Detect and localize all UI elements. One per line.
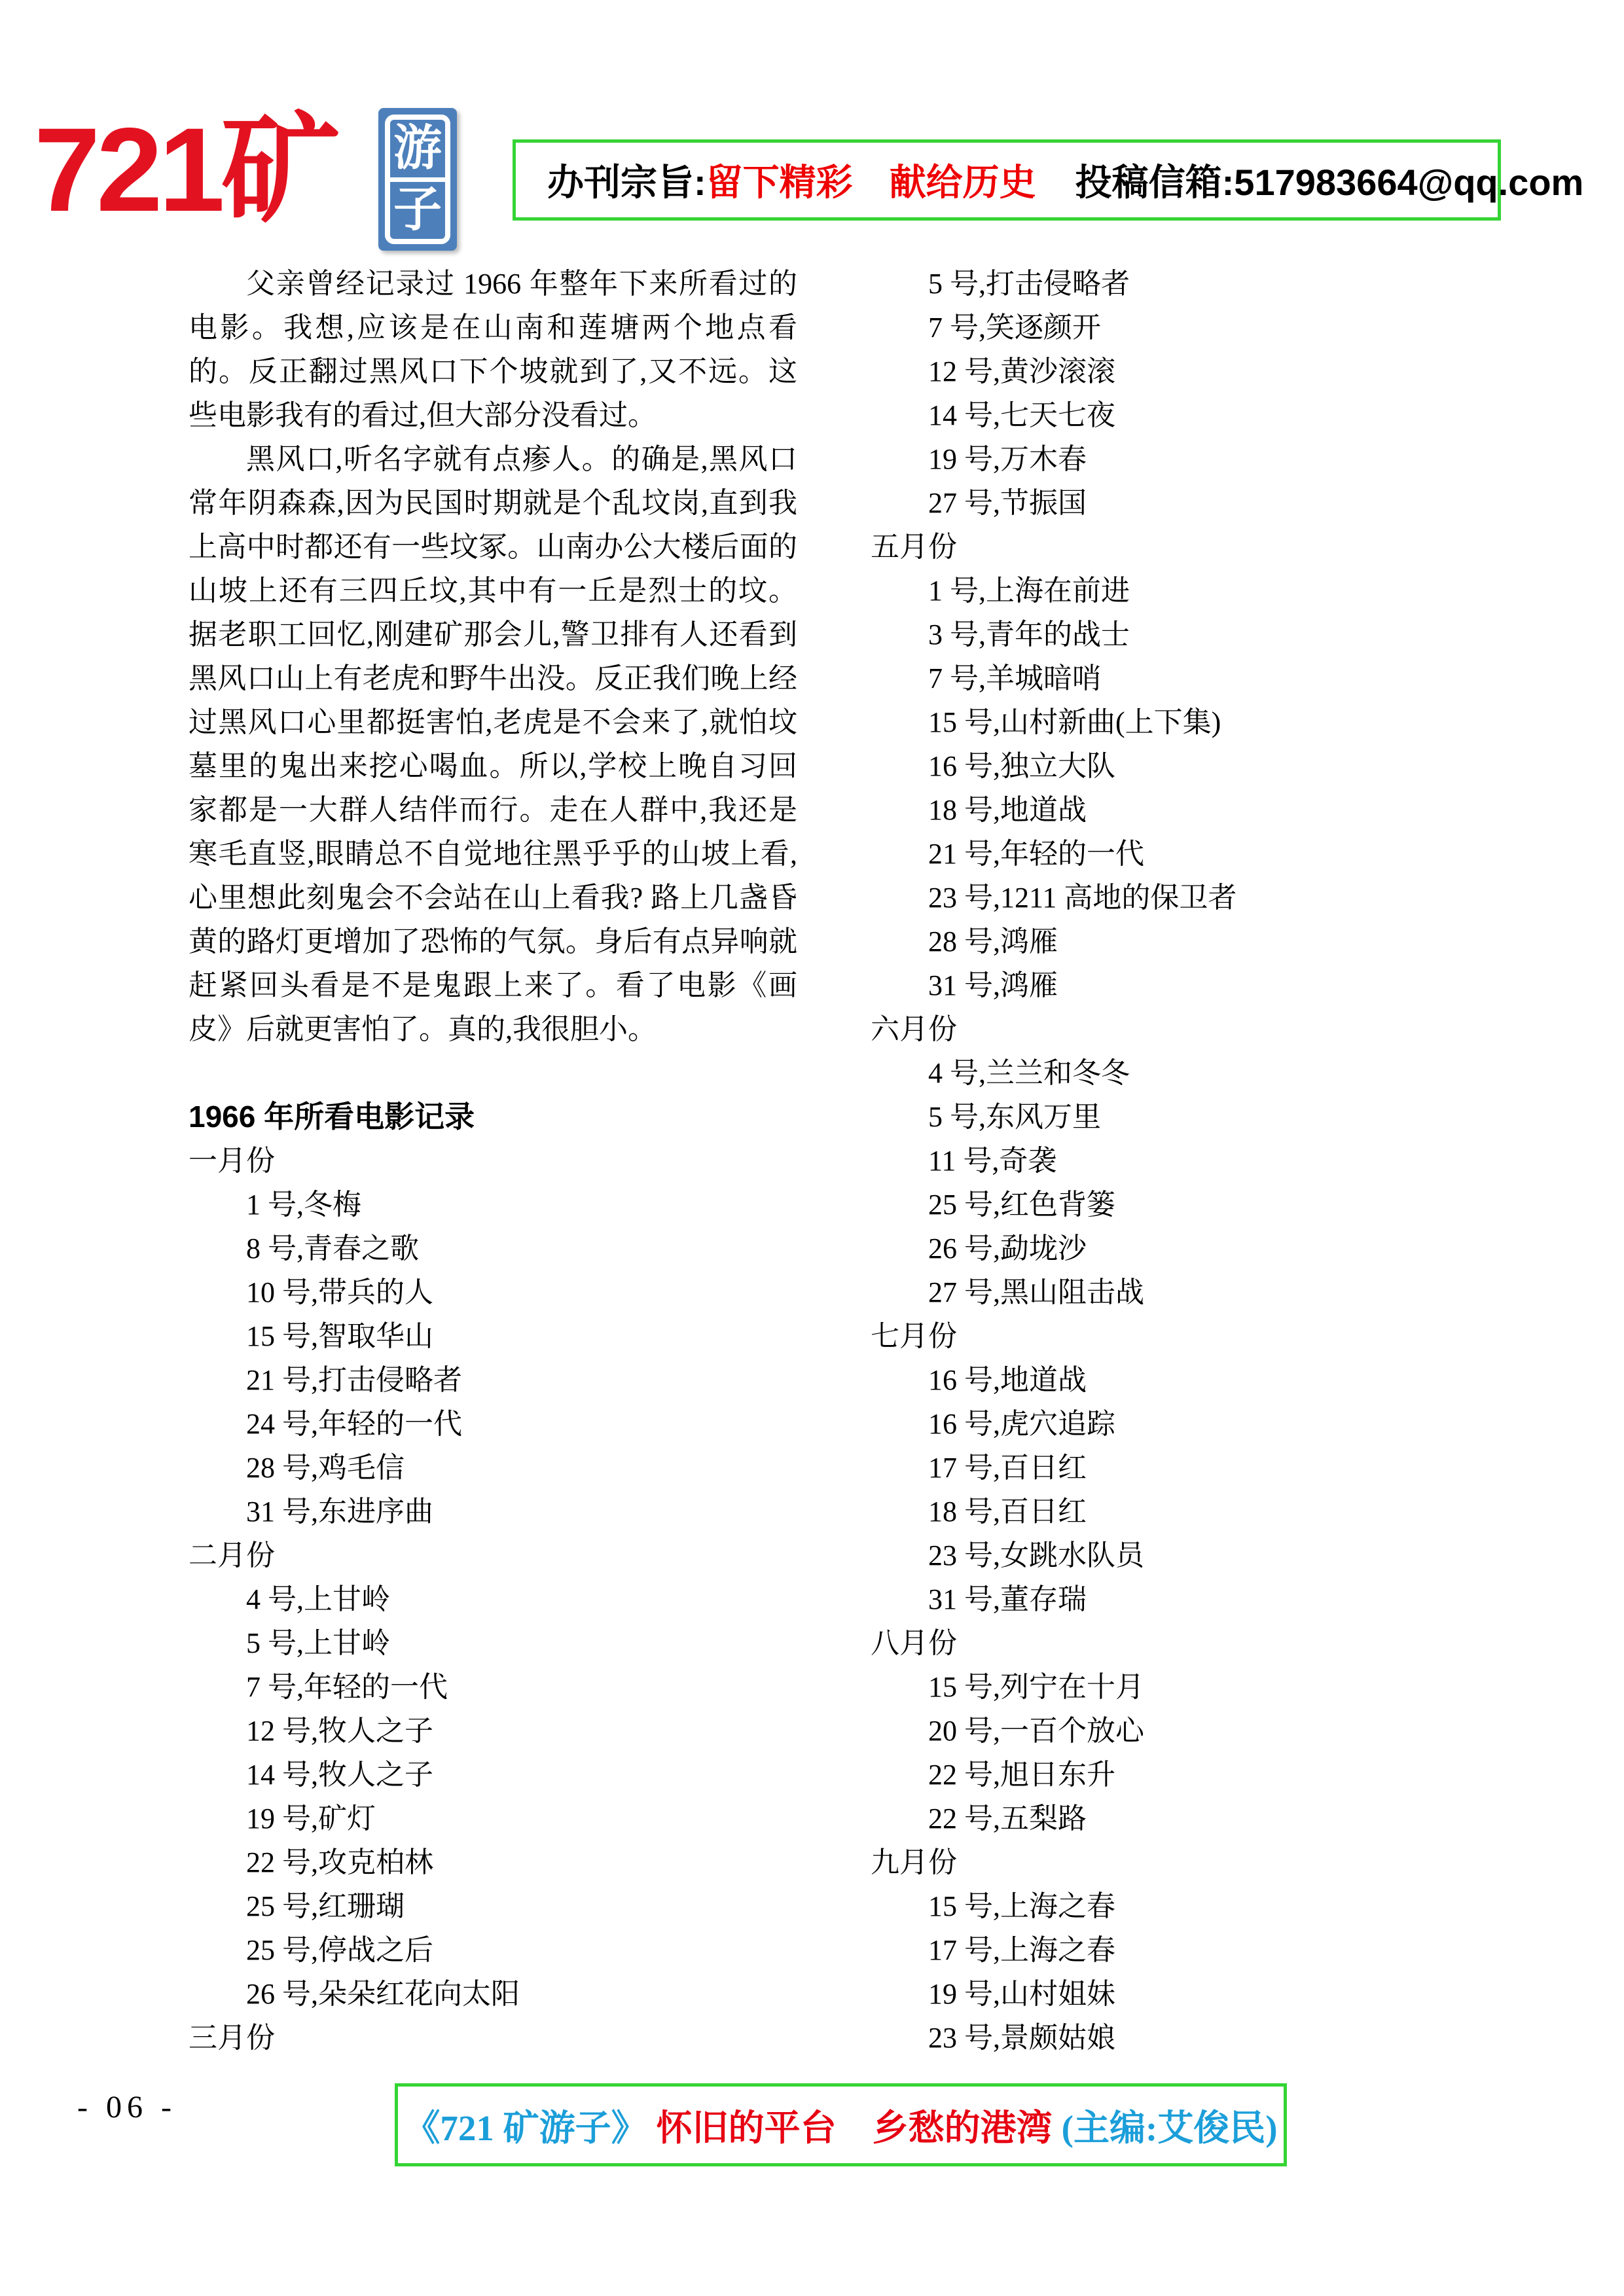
- magazine-page: 721矿 游 子 办刊宗旨:留下精彩 献给历史投稿信箱:517983664@qq…: [0, 0, 1624, 2296]
- movie-entry: 7 号,年轻的一代: [189, 1665, 797, 1709]
- stamp-divider: [385, 177, 450, 182]
- movie-entry: 17 号,上海之春: [871, 1928, 1551, 1972]
- movie-entry: 8 号,青春之歌: [189, 1227, 797, 1270]
- movie-entry: 5 号,上甘岭: [189, 1621, 797, 1665]
- article-paragraph-1: 父亲曾经记录过 1966 年整年下来所看过的电影。我想,应该是在山南和莲塘两个地…: [189, 262, 797, 437]
- movie-entry: 22 号,攻克柏林: [189, 1840, 797, 1884]
- movie-entry: 21 号,年轻的一代: [871, 832, 1551, 876]
- movie-entry: 28 号,鸿雁: [871, 920, 1551, 963]
- movie-entry: 7 号,笑逐颜开: [871, 306, 1551, 350]
- footer-slogan: 怀旧的平台 乡愁的港湾: [657, 2099, 1053, 2151]
- movie-entry: 23 号,景颇姑娘: [871, 2016, 1551, 2060]
- movie-entry: 5 号,东风万里: [871, 1095, 1551, 1139]
- month-header: 一月份: [189, 1139, 797, 1183]
- movie-entry: 14 号,牧人之子: [189, 1753, 797, 1797]
- movie-entry: 19 号,山村姐妹: [871, 1972, 1551, 2016]
- youzi-stamp-logo: 游 子: [378, 108, 457, 251]
- movie-entry: 17 号,百日红: [871, 1446, 1551, 1490]
- movie-entry: 23 号,女跳水队员: [871, 1534, 1551, 1577]
- stamp-char-you: 游: [390, 120, 445, 177]
- page-number: - 06 -: [77, 2092, 177, 2123]
- footer-journal-title: 《721 矿游子》: [404, 2099, 647, 2151]
- movie-entry: 15 号,山村新曲(上下集): [871, 700, 1551, 744]
- movie-entry: 31 号,董存瑞: [871, 1577, 1551, 1621]
- month-header: 五月份: [871, 525, 1551, 569]
- movie-entry: 11 号,奇袭: [871, 1139, 1551, 1183]
- movie-list-right: 5 号,打击侵略者7 号,笑逐颜开12 号,黄沙滚滚14 号,七天七夜19 号,…: [871, 262, 1551, 2060]
- movie-entry: 3 号,青年的战士: [871, 613, 1551, 656]
- movie-entry: 15 号,智取华山: [189, 1314, 797, 1358]
- movie-entry: 18 号,地道战: [871, 788, 1551, 832]
- movie-entry: 25 号,红珊瑚: [189, 1884, 797, 1928]
- movie-entry: 26 号,朵朵红花向太阳: [189, 1972, 797, 2016]
- motto-slogan: 留下精彩 献给历史: [706, 154, 1036, 206]
- movie-entry: 14 号,七天七夜: [871, 393, 1551, 437]
- movie-entry: 18 号,百日红: [871, 1490, 1551, 1534]
- movie-entry: 1 号,上海在前进: [871, 569, 1551, 613]
- footer-editor: (主编:艾俊民): [1062, 2099, 1278, 2151]
- movie-entry: 19 号,矿灯: [189, 1797, 797, 1840]
- motto-label: 办刊宗旨:: [547, 154, 706, 206]
- stamp-char-zi: 子: [390, 182, 445, 240]
- movie-entry: 22 号,五梨路: [871, 1797, 1551, 1840]
- stamp-frame: 游 子: [385, 115, 450, 244]
- article-paragraph-2: 黑风口,听名字就有点瘆人。的确是,黑风口常年阴森森,因为民国时期就是个乱坟岗,直…: [189, 437, 797, 1051]
- movie-entry: 25 号,红色背篓: [871, 1183, 1551, 1227]
- movie-entry: 27 号,黑山阻击战: [871, 1270, 1551, 1314]
- footer-box: 《721 矿游子》 怀旧的平台 乡愁的港湾 (主编:艾俊民): [395, 2083, 1287, 2166]
- movie-entry: 5 号,打击侵略者: [871, 262, 1551, 306]
- movie-entry: 10 号,带兵的人: [189, 1270, 797, 1314]
- month-header: 三月份: [189, 2016, 797, 2060]
- movie-entry: 22 号,旭日东升: [871, 1753, 1551, 1797]
- movie-entry: 12 号,黄沙滚滚: [871, 350, 1551, 393]
- movie-entry: 21 号,打击侵略者: [189, 1358, 797, 1402]
- movie-list-left: 一月份1 号,冬梅8 号,青春之歌10 号,带兵的人15 号,智取华山21 号,…: [189, 1139, 797, 2060]
- movie-entry: 23 号,1211 高地的保卫者: [871, 876, 1551, 920]
- movie-entry: 31 号,东进序曲: [189, 1490, 797, 1534]
- masthead-title: 721矿: [34, 110, 336, 229]
- movie-entry: 26 号,勐垅沙: [871, 1227, 1551, 1270]
- record-heading: 1966 年所看电影记录: [189, 1095, 797, 1139]
- movie-entry: 16 号,地道战: [871, 1358, 1551, 1402]
- movie-entry: 12 号,牧人之子: [189, 1709, 797, 1753]
- left-column: 父亲曾经记录过 1966 年整年下来所看过的电影。我想,应该是在山南和莲塘两个地…: [189, 262, 797, 2060]
- submission-email: 投稿信箱:517983664@qq.com: [1075, 154, 1584, 206]
- movie-entry: 15 号,上海之春: [871, 1884, 1551, 1928]
- right-column: 5 号,打击侵略者7 号,笑逐颜开12 号,黄沙滚滚14 号,七天七夜19 号,…: [871, 262, 1551, 2060]
- movie-entry: 16 号,独立大队: [871, 744, 1551, 788]
- movie-entry: 16 号,虎穴追踪: [871, 1402, 1551, 1446]
- movie-entry: 24 号,年轻的一代: [189, 1402, 797, 1446]
- movie-entry: 1 号,冬梅: [189, 1183, 797, 1227]
- movie-entry: 15 号,列宁在十月: [871, 1665, 1551, 1709]
- movie-entry: 25 号,停战之后: [189, 1928, 797, 1972]
- movie-entry: 27 号,节振国: [871, 481, 1551, 525]
- month-header: 九月份: [871, 1840, 1551, 1884]
- movie-entry: 20 号,一百个放心: [871, 1709, 1551, 1753]
- month-header: 二月份: [189, 1534, 797, 1577]
- month-header: 七月份: [871, 1314, 1551, 1358]
- month-header: 八月份: [871, 1621, 1551, 1665]
- movie-entry: 19 号,万木春: [871, 437, 1551, 481]
- month-header: 六月份: [871, 1007, 1551, 1051]
- movie-entry: 4 号,兰兰和冬冬: [871, 1051, 1551, 1095]
- movie-entry: 28 号,鸡毛信: [189, 1446, 797, 1490]
- movie-entry: 7 号,羊城暗哨: [871, 656, 1551, 700]
- movie-entry: 31 号,鸿雁: [871, 963, 1551, 1007]
- movie-entry: 4 号,上甘岭: [189, 1577, 797, 1621]
- motto-box: 办刊宗旨:留下精彩 献给历史投稿信箱:517983664@qq.com: [513, 139, 1501, 221]
